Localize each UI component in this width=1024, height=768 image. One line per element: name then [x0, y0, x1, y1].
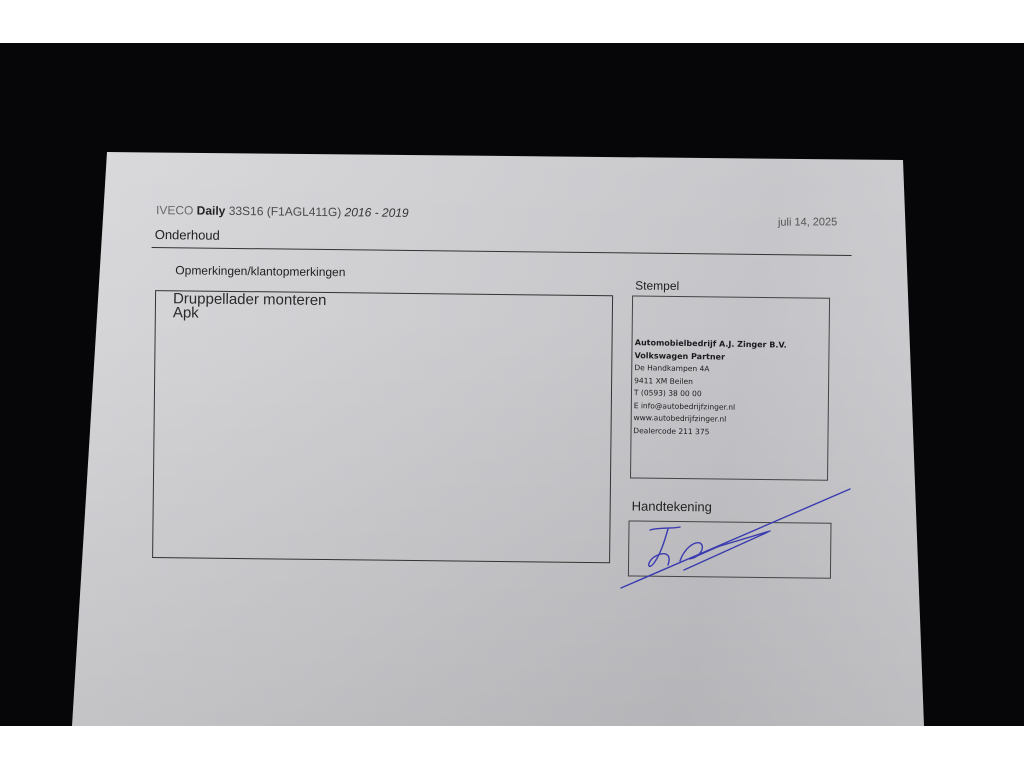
section-title: Onderhoud [155, 227, 220, 243]
dealer-stamp: Automobielbedrijf A.J. Zinger B.V. Volks… [633, 337, 787, 440]
vehicle-years: 2016 - 2019 [345, 205, 409, 220]
header-divider [152, 247, 852, 256]
stamp-label: Stempel [635, 279, 679, 293]
document-date: juli 14, 2025 [778, 216, 837, 228]
vehicle-variant: 33S16 (F1AGL411G) [229, 204, 342, 219]
vehicle-model: Daily [197, 204, 226, 218]
remarks-label: Opmerkingen/klantopmerkingen [175, 263, 345, 279]
signature-box [628, 520, 832, 578]
stamp-dealercode: Dealercode 211 375 [633, 425, 785, 440]
remarks-box: Druppellader monteren Apk [152, 290, 613, 563]
vehicle-title: IVECO Daily 33S16 (F1AGL411G) 2016 - 201… [156, 203, 409, 220]
vehicle-brand: IVECO [156, 203, 194, 217]
photo-background: IVECO Daily 33S16 (F1AGL411G) 2016 - 201… [0, 43, 1024, 726]
signature-label: Handtekening [632, 498, 712, 514]
remarks-text: Druppellader monteren Apk [173, 292, 327, 322]
maintenance-form: IVECO Daily 33S16 (F1AGL411G) 2016 - 201… [0, 43, 1024, 726]
